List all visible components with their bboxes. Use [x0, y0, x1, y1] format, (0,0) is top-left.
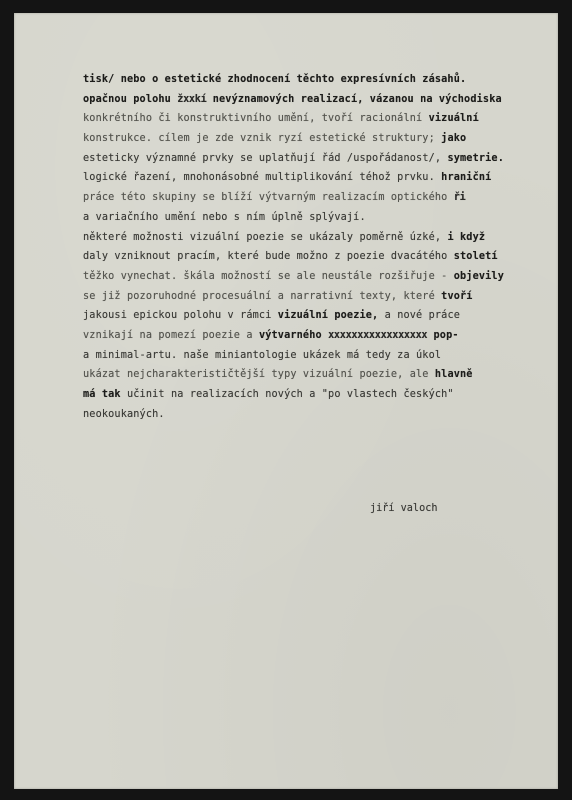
paper-sheet: tisk/ nebo o estetické zhodnocení těchto…	[14, 13, 558, 789]
text-segment: a variačního umění nebo s ním úplně splý…	[83, 212, 366, 223]
text-line: konstrukce. cílem je zde vznik ryzí este…	[83, 129, 553, 149]
text-segment: tisk/ nebo o estetické zhodnocení těchto…	[83, 74, 466, 85]
text-segment: konkrétního či konstruktivního umění, tv…	[83, 113, 429, 124]
text-line: tisk/ nebo o estetické zhodnocení těchto…	[83, 70, 553, 90]
text-line: jakousi epickou polohu v rámci vizuální …	[83, 306, 553, 326]
text-segment: objevily	[454, 271, 504, 282]
text-line: esteticky významné prvky se uplatňují řá…	[83, 149, 553, 169]
text-line: ukázat nejcharakterističtější typy vizuá…	[83, 365, 553, 385]
text-line: má tak učinit na realizacích nových a "p…	[83, 385, 553, 405]
text-segment: vizuální	[429, 113, 479, 124]
typewritten-text-block: tisk/ nebo o estetické zhodnocení těchto…	[83, 70, 553, 424]
text-segment: učinit na realizacích nových a "po vlast…	[127, 389, 454, 400]
text-segment: se již pozoruhodné procesuální a narrati…	[83, 291, 441, 302]
text-segment: esteticky významné prvky se uplatňují	[83, 153, 322, 164]
text-segment: logické řazení, mnohonásobné multiplikov…	[83, 172, 441, 183]
text-segment: hraniční	[441, 172, 491, 183]
text-segment: a nové práce	[385, 310, 460, 321]
text-segment: století	[454, 251, 498, 262]
text-line: opačnou polohu žxxkí nevýznamových reali…	[83, 90, 553, 110]
text-segment: nevýznamových realizací, vázanou na vých…	[206, 94, 501, 105]
text-line: neokoukaných.	[83, 405, 553, 425]
text-segment: má tak	[83, 389, 127, 400]
text-segment: řád /uspořádanost/,	[322, 153, 448, 164]
text-line: těžko vynechat. škála možností se ale ne…	[83, 267, 553, 287]
text-segment: i když	[447, 232, 485, 243]
struck-out-text: žxxkí	[177, 94, 206, 105]
text-segment: hlavně	[435, 369, 473, 380]
text-segment: vznikají na pomezí poezie a	[83, 330, 259, 341]
text-line: logické řazení, mnohonásobné multiplikov…	[83, 168, 553, 188]
text-segment: a minimal-artu. naše miniantologie ukáze…	[83, 350, 441, 361]
text-line: se již pozoruhodné procesuální a narrati…	[83, 287, 553, 307]
text-line: práce této skupiny se blíží výtvarným re…	[83, 188, 553, 208]
text-segment: některé možnosti vizuální poezie se ukáz…	[83, 232, 447, 243]
text-line: a minimal-artu. naše miniantologie ukáze…	[83, 346, 553, 366]
struck-out-text: xxxxxxxxxxxxxxxxx	[328, 330, 427, 341]
text-segment: těžko vynechat. škála možností se ale ne…	[83, 271, 454, 282]
text-segment: ukázat nejcharakterističtější typy vizuá…	[83, 369, 435, 380]
text-segment: opačnou polohu	[83, 94, 177, 105]
text-line: konkrétního či konstruktivního umění, tv…	[83, 109, 553, 129]
text-segment: výtvarného	[259, 330, 328, 341]
text-line: některé možnosti vizuální poezie se ukáz…	[83, 228, 553, 248]
text-segment: jakousi epickou polohu v rámci	[83, 310, 278, 321]
text-segment: práce této skupiny se blíží výtvarným re…	[83, 192, 454, 203]
text-segment: daly vzniknout pracím, které bude možno …	[83, 251, 454, 262]
author-signature: jiří valoch	[370, 499, 437, 519]
struck-out-text: ři	[454, 192, 466, 203]
text-segment: neokoukaných.	[83, 409, 165, 420]
text-segment: vizuální poezie,	[278, 310, 385, 321]
text-segment: tvoří	[441, 291, 472, 302]
text-segment: jako	[441, 133, 466, 144]
text-segment: symetrie.	[447, 153, 504, 164]
text-segment: pop-	[427, 330, 458, 341]
text-line: daly vzniknout pracím, které bude možno …	[83, 247, 553, 267]
scanned-document: tisk/ nebo o estetické zhodnocení těchto…	[0, 0, 572, 800]
text-segment: konstrukce. cílem je zde vznik ryzí este…	[83, 133, 441, 144]
text-line: vznikají na pomezí poezie a výtvarného x…	[83, 326, 553, 346]
text-line: a variačního umění nebo s ním úplně splý…	[83, 208, 553, 228]
